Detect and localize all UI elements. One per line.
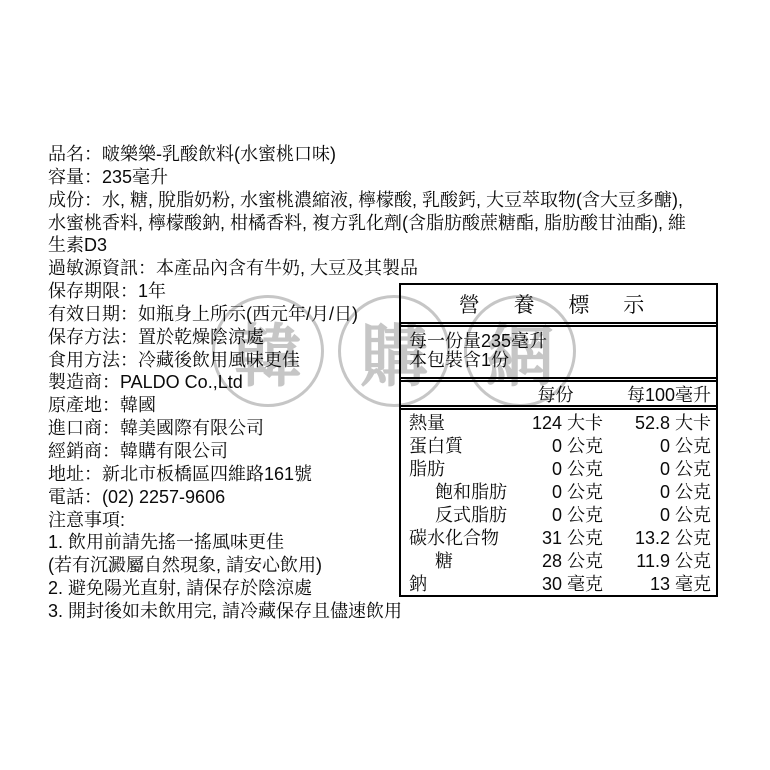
per-serving-value: 30 毫克 [508, 570, 603, 596]
per-100ml-value: 13.2 公克 [603, 524, 711, 550]
per-serving-value: 28 公克 [508, 547, 603, 573]
per-serving-header: 每份 [508, 381, 603, 407]
serving-info: 每一份量235毫升 本包裝含1份 [401, 327, 716, 377]
per-serving-value: 0 公克 [508, 501, 603, 527]
per-serving-value: 0 公克 [508, 432, 603, 458]
info-line-ingredients-1: 成份：水, 糖, 脫脂奶粉, 水蜜桃濃縮液, 檸檬酸, 乳酸鈣, 大豆萃取物(含… [48, 189, 686, 212]
nutrient-label: 糖 [409, 547, 508, 573]
per-100ml-value: 0 公克 [603, 432, 711, 458]
nutrition-row: 反式脂肪 0 公克 0 公克 [401, 502, 716, 525]
per-serving-value: 124 大卡 [508, 409, 603, 435]
per-serving-value: 31 公克 [508, 524, 603, 550]
nutrient-label: 鈉 [409, 570, 508, 596]
per-100ml-value: 11.9 公克 [603, 547, 711, 573]
nutrient-label: 熱量 [409, 409, 508, 435]
per-100ml-value: 0 公克 [603, 478, 711, 504]
info-line-volume: 容量：235毫升 [48, 166, 686, 189]
product-spec-sheet: 韓 購 網 品名：啵樂樂-乳酸飲料(水蜜桃口味) 容量：235毫升 成份：水, … [0, 0, 770, 770]
nutrition-row: 脂肪 0 公克 0 公克 [401, 456, 716, 479]
per-100ml-value: 0 公克 [603, 455, 711, 481]
nutrition-row: 飽和脂肪 0 公克 0 公克 [401, 479, 716, 502]
nutrition-column-headers: 每份 每100毫升 [401, 382, 716, 405]
info-line-notice-3: 3. 開封後如未飲用完, 請冷藏保存且儘速飲用 [48, 600, 686, 623]
per-100ml-value: 52.8 大卡 [603, 409, 711, 435]
nutrition-title: 營 養 標 示 [401, 285, 716, 322]
nutrition-table: 營 養 標 示 每一份量235毫升 本包裝含1份 每份 每100毫升 熱量 12… [399, 283, 718, 597]
info-line-allergen: 過敏源資訊：本產品內含有牛奶, 大豆及其製品 [48, 257, 686, 280]
nutrient-label: 飽和脂肪 [409, 478, 508, 504]
info-line-ingredients-2: 水蜜桃香料, 檸檬酸鈉, 柑橘香料, 複方乳化劑(含脂肪酸蔗糖酯, 脂肪酸甘油酯… [48, 212, 686, 235]
serving-size: 每一份量235毫升 [409, 332, 710, 351]
nutrient-label: 脂肪 [409, 455, 508, 481]
nutrient-label: 碳水化合物 [409, 524, 508, 550]
per-100ml-header: 每100毫升 [603, 381, 711, 407]
per-serving-value: 0 公克 [508, 455, 603, 481]
info-line-ingredients-3: 生素D3 [48, 234, 686, 257]
per-serving-value: 0 公克 [508, 478, 603, 504]
nutrition-row: 碳水化合物 31 公克 13.2 公克 [401, 525, 716, 548]
nutrient-label: 反式脂肪 [409, 501, 508, 527]
nutrition-row: 熱量 124 大卡 52.8 大卡 [401, 410, 716, 433]
per-100ml-value: 0 公克 [603, 501, 711, 527]
nutrition-rows: 熱量 124 大卡 52.8 大卡 蛋白質 0 公克 0 公克 脂肪 0 公克 … [401, 410, 716, 595]
nutrition-row: 鈉 30 毫克 13 毫克 [401, 572, 716, 595]
nutrition-row: 蛋白質 0 公克 0 公克 [401, 433, 716, 456]
servings-per-package: 本包裝含1份 [409, 351, 710, 370]
nutrient-label: 蛋白質 [409, 432, 508, 458]
info-line-product-name: 品名：啵樂樂-乳酸飲料(水蜜桃口味) [48, 143, 686, 166]
nutrition-row: 糖 28 公克 11.9 公克 [401, 549, 716, 572]
per-100ml-value: 13 毫克 [603, 570, 711, 596]
